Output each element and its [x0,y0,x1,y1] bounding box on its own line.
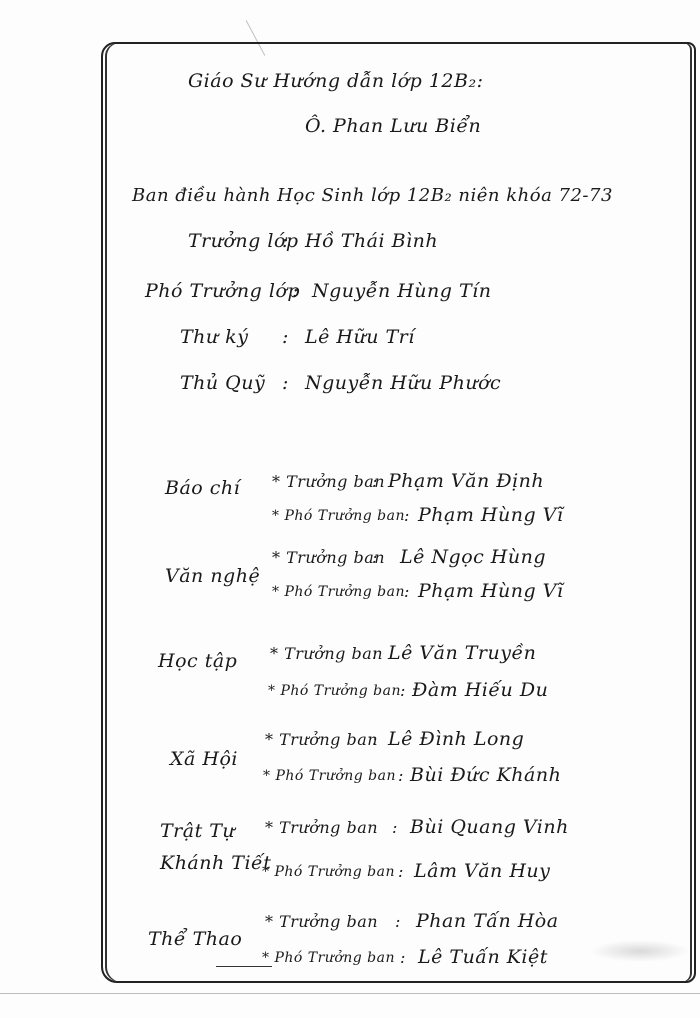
officer-role: Phó Trưởng lớp [145,280,300,302]
deputy-label: * Phó Trưởng ban [272,508,405,524]
head-name: Bùi Quang Vinh [410,816,569,838]
head-name: Lê Ngọc Hùng [400,546,546,568]
advisor-name: Ô. Phan Lưu Biển [305,115,481,137]
deputy-label: * Phó Trưởng ban [268,683,401,699]
colon: : [395,912,401,931]
officer-role: Thư ký [180,326,248,348]
colon: : [398,766,404,785]
head-name: Lê Đình Long [388,728,524,750]
committee-name: Văn nghệ [165,565,260,587]
committee-name: Thể Thao [148,928,242,950]
head-name: Phan Tấn Hòa [416,910,559,932]
head-label: * Trưởng ban [272,472,385,491]
officer-colon: : [292,280,299,302]
deputy-name: Đàm Hiếu Du [412,679,548,701]
officer-name: Lê Hữu Trí [305,326,415,348]
colon: : [392,818,398,837]
scan-smudge [590,940,690,962]
colon: : [372,730,378,749]
colon: : [372,472,378,491]
deputy-name: Phạm Hùng Vĩ [418,580,563,602]
advisor-label: Giáo Sư Hướng dẫn lớp 12B₂: [188,70,484,92]
head-label: * Trưởng ban [265,818,378,837]
colon: : [372,548,378,567]
committee-name: Học tập [158,650,237,672]
head-label: * Trưởng ban [265,912,378,931]
committee-name-line2: Khánh Tiết [160,852,271,874]
committee-name-line1: Trật Tự [160,820,235,842]
head-name: Lê Văn Truyền [388,642,536,664]
deputy-label: * Phó Trưởng ban [272,584,405,600]
committee-name: Xã Hội [170,748,238,770]
colon: : [372,644,378,663]
deputy-label: * Phó Trưởng ban [262,864,395,880]
head-label: * Trưởng ban [270,644,383,663]
deputy-name: Lê Tuấn Kiệt [418,946,548,968]
colon: : [400,948,406,967]
officer-name: Nguyễn Hùng Tín [312,280,491,302]
colon: : [404,582,410,601]
colon: : [400,681,406,700]
officer-name: Nguyễn Hữu Phước [305,372,501,394]
deputy-label: * Phó Trưởng ban [263,768,396,784]
deputy-label: * Phó Trưởng ban [262,950,395,966]
deputy-name: Bùi Đức Khánh [410,764,561,786]
officer-colon: : [282,326,289,348]
committee-name: Báo chí [165,477,240,499]
officer-role: Thủ Quỹ [180,372,265,394]
head-label: * Trưởng ban [265,730,378,749]
officer-name: Hồ Thái Bình [305,230,438,252]
head-name: Phạm Văn Định [388,470,544,492]
officer-colon: : [282,230,289,252]
deputy-name: Lâm Văn Huy [414,860,550,882]
deputy-name: Phạm Hùng Vĩ [418,504,563,526]
colon: : [398,862,404,881]
pen-stroke [216,966,272,967]
head-label: * Trưởng ban [272,548,385,567]
officer-colon: : [282,372,289,394]
board-title: Ban điều hành Học Sinh lớp 12B₂ niên khó… [132,185,613,206]
scan-page-edge [0,993,700,994]
colon: : [404,506,410,525]
